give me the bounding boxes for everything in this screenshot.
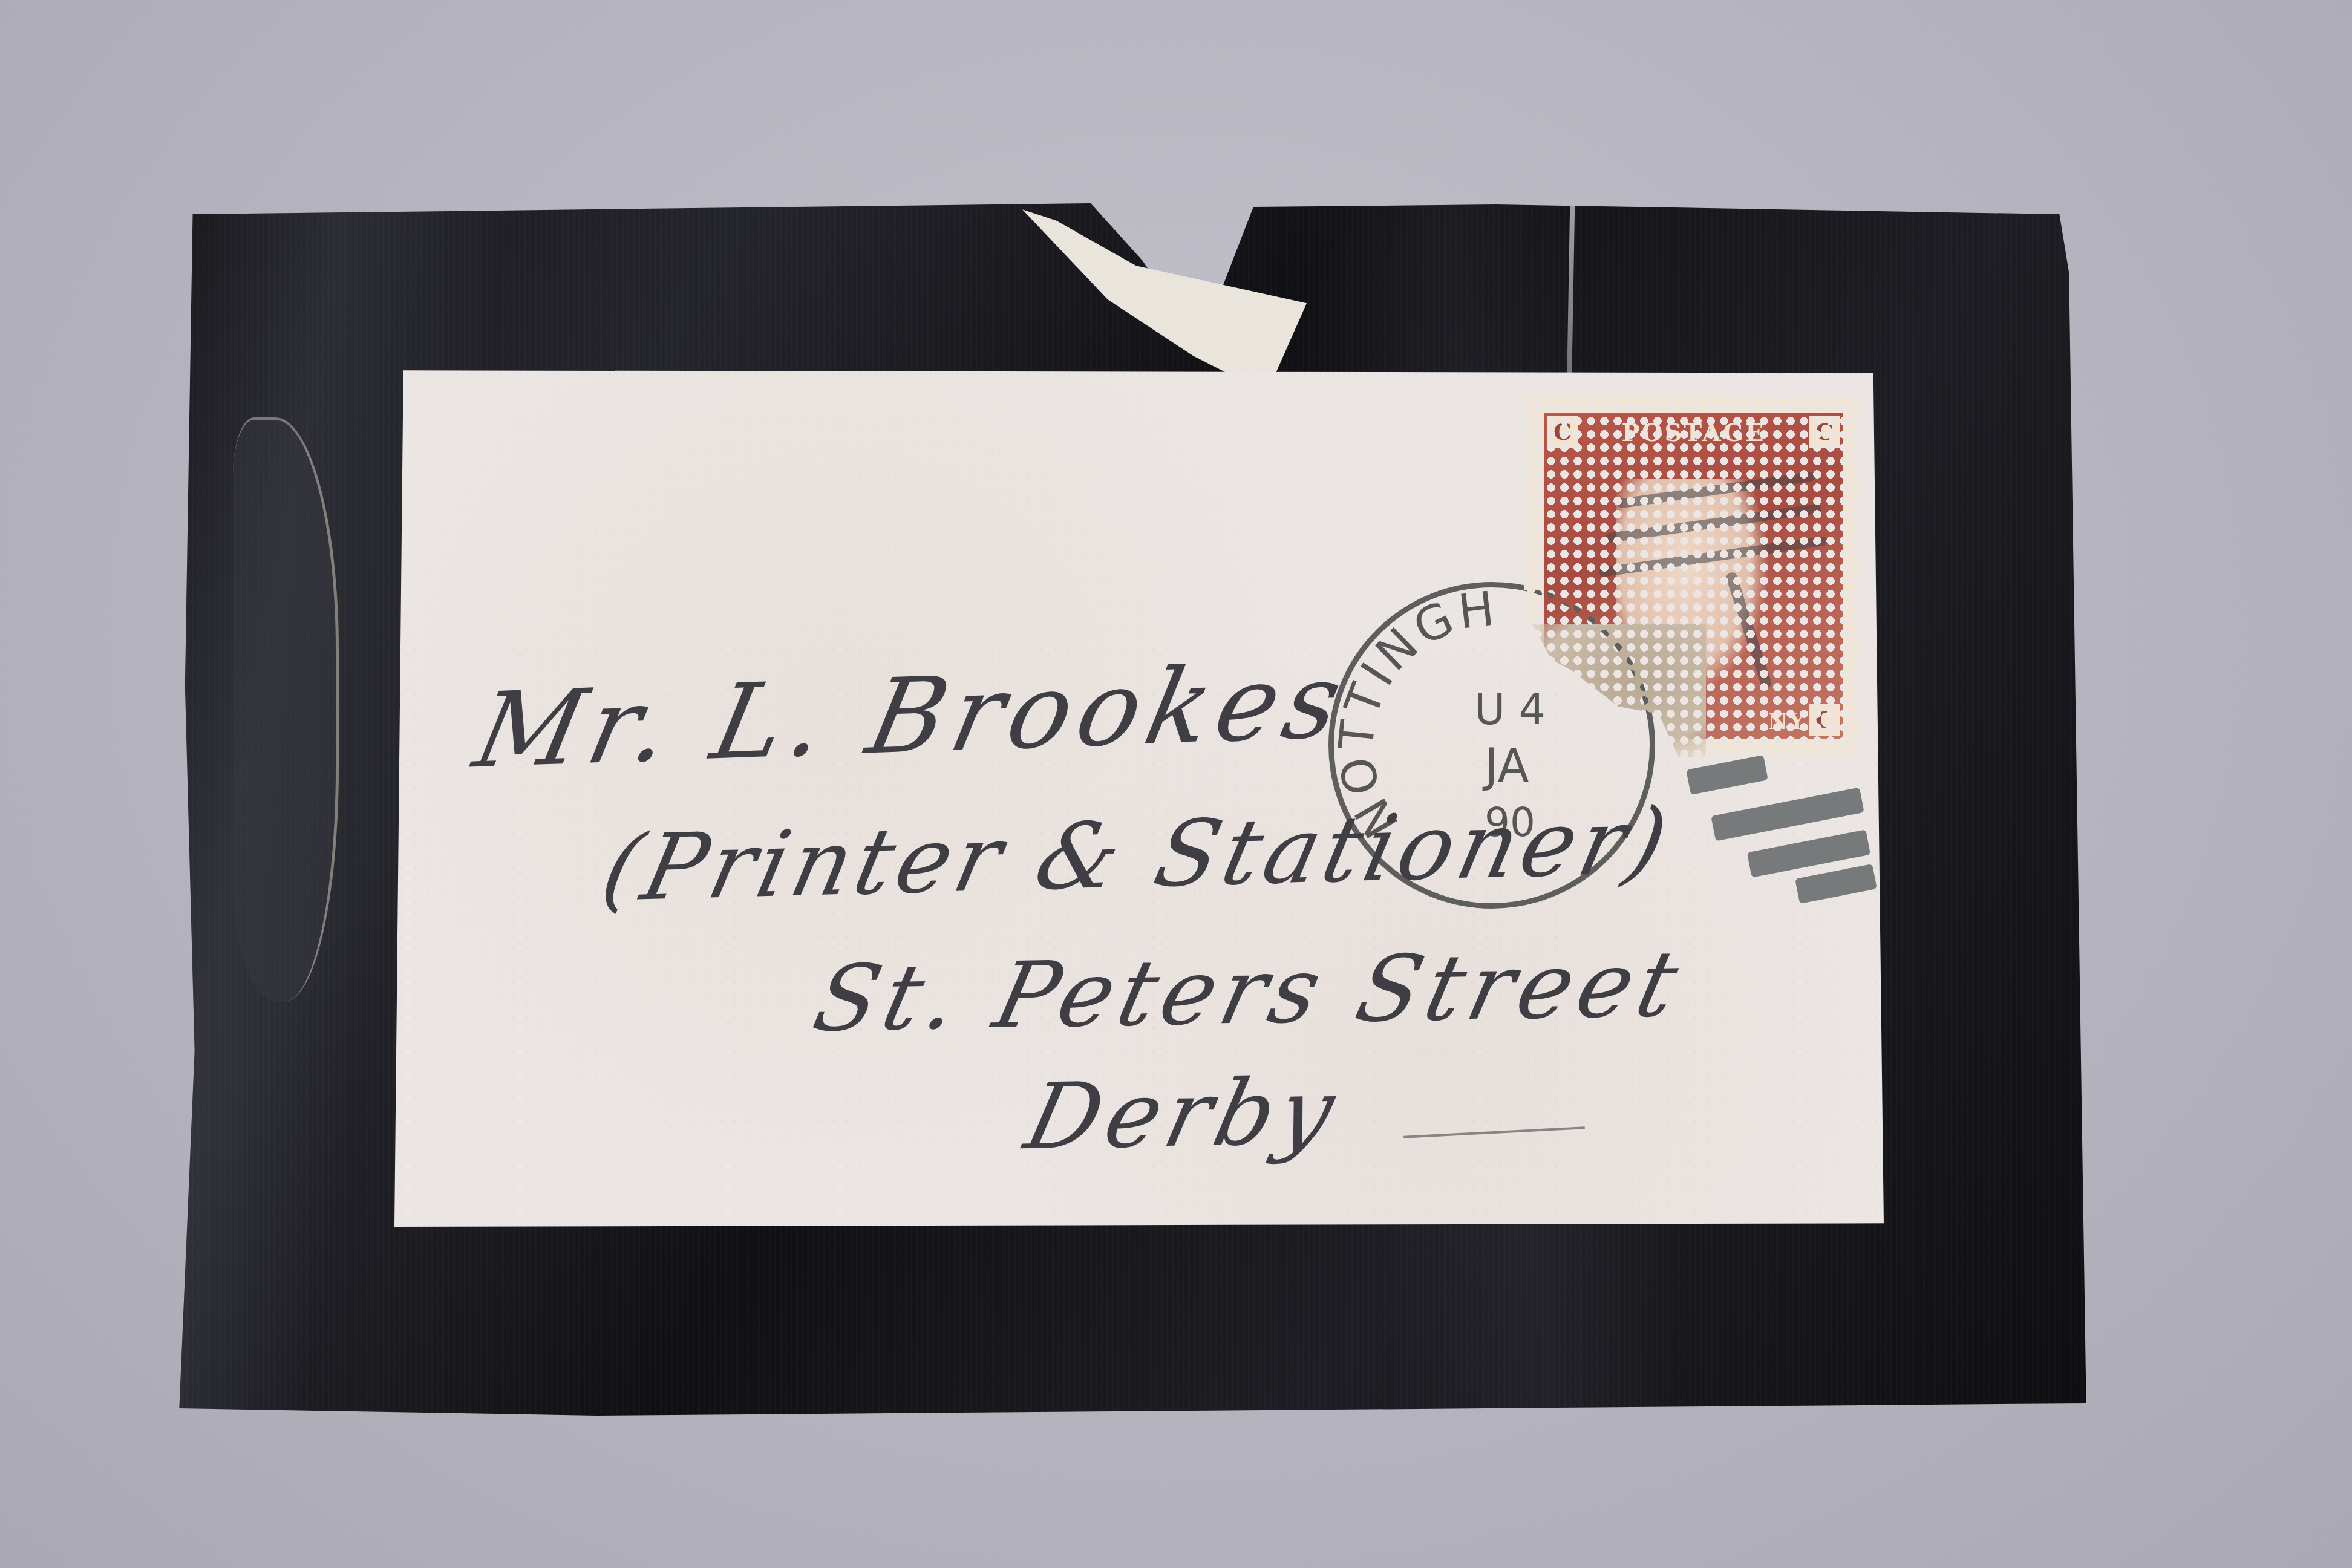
cancel-bar xyxy=(1605,503,1822,543)
postmark-year: 90 xyxy=(1485,799,1535,846)
duplex-cancel-bars xyxy=(1682,750,1875,883)
cancel-numeral-stroke xyxy=(1725,571,1773,690)
duplex-bar xyxy=(1686,755,1768,795)
envelope-torn-edge xyxy=(233,417,339,1001)
postmark-code: U 4 xyxy=(1474,685,1546,734)
cancel-bar xyxy=(1616,471,1815,509)
photo-scene: NOTTINGH U 4 JA 90 POSTAGE C C C NY xyxy=(0,0,2352,1568)
cancel-bar xyxy=(1599,536,1828,578)
postmark-month: JA xyxy=(1482,739,1529,792)
duplex-bar xyxy=(1711,788,1864,841)
